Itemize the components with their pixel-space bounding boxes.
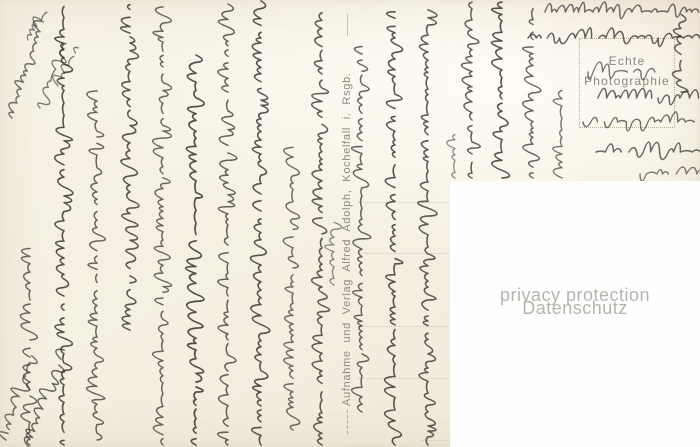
- privacy-overlay: privacy protection Datenschutz: [450, 181, 700, 447]
- privacy-text-de: Datenschutz: [450, 302, 700, 315]
- postcard-back: Aufnahme und Verlag Alfred Adolph, Koche…: [0, 0, 700, 447]
